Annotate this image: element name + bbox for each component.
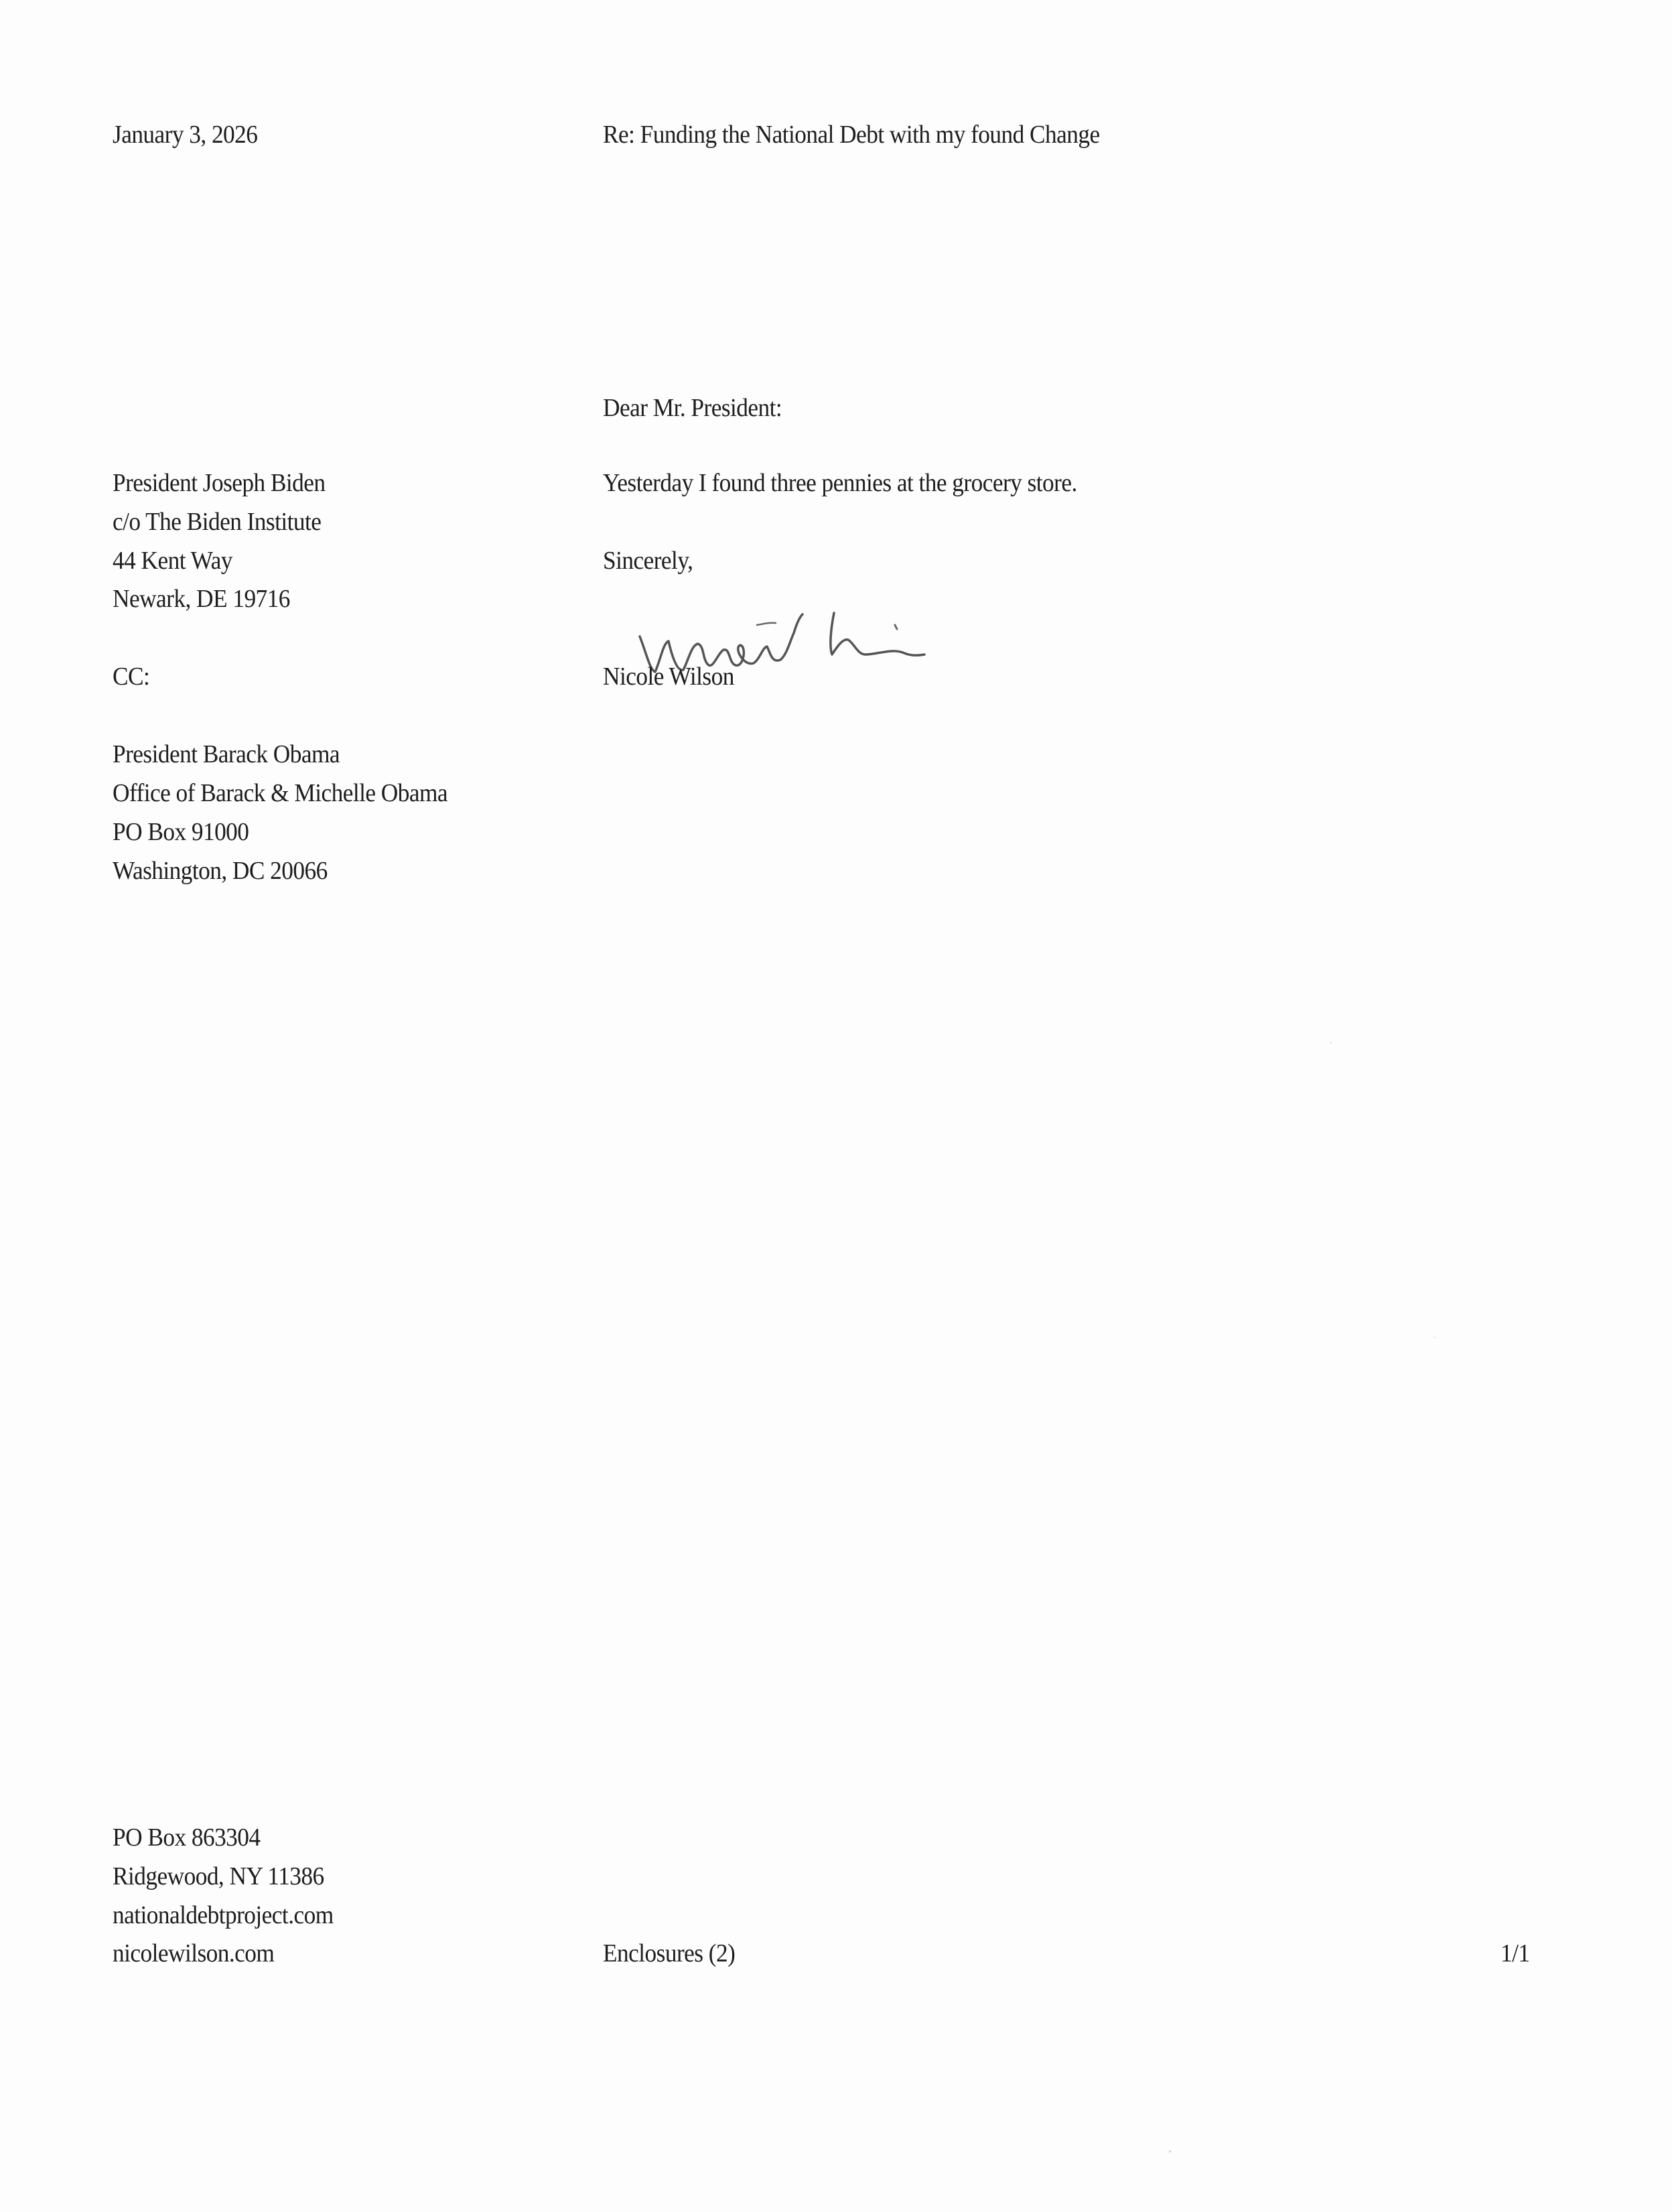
letter-body: Yesterday I found three pennies at the g… [603, 470, 1077, 496]
recipient-line: President Joseph Biden [113, 470, 326, 496]
cc-recipient-line: Washington, DC 20066 [113, 858, 328, 884]
page-number: 1/1 [1501, 1941, 1529, 1966]
letter-subject: Re: Funding the National Debt with my fo… [603, 122, 1100, 147]
cc-recipient-line: President Barack Obama [113, 742, 340, 767]
sender-footer-line: nationaldebtproject.com [113, 1903, 334, 1928]
recipient-line: Newark, DE 19716 [113, 586, 290, 612]
sender-footer-line: Ridgewood, NY 11386 [113, 1864, 324, 1889]
letter-date: January 3, 2026 [113, 122, 257, 147]
signature-name: Nicole Wilson [603, 664, 734, 689]
closing: Sincerely, [603, 548, 693, 573]
enclosures-note: Enclosures (2) [603, 1941, 735, 1966]
recipient-line: 44 Kent Way [113, 548, 232, 573]
sender-footer-line: nicolewilson.com [113, 1941, 274, 1966]
scan-speck [1169, 2150, 1171, 2152]
scan-speck [1330, 1042, 1332, 1044]
cc-recipient-line: PO Box 91000 [113, 819, 249, 845]
cc-label: CC: [113, 664, 149, 689]
recipient-line: c/o The Biden Institute [113, 509, 321, 535]
letter-page: January 3, 2026 Re: Funding the National… [0, 0, 1672, 2212]
scan-speck [1434, 1336, 1436, 1338]
cc-recipient-line: Office of Barack & Michelle Obama [113, 780, 447, 806]
salutation: Dear Mr. President: [603, 395, 782, 421]
sender-footer-line: PO Box 863304 [113, 1825, 261, 1850]
